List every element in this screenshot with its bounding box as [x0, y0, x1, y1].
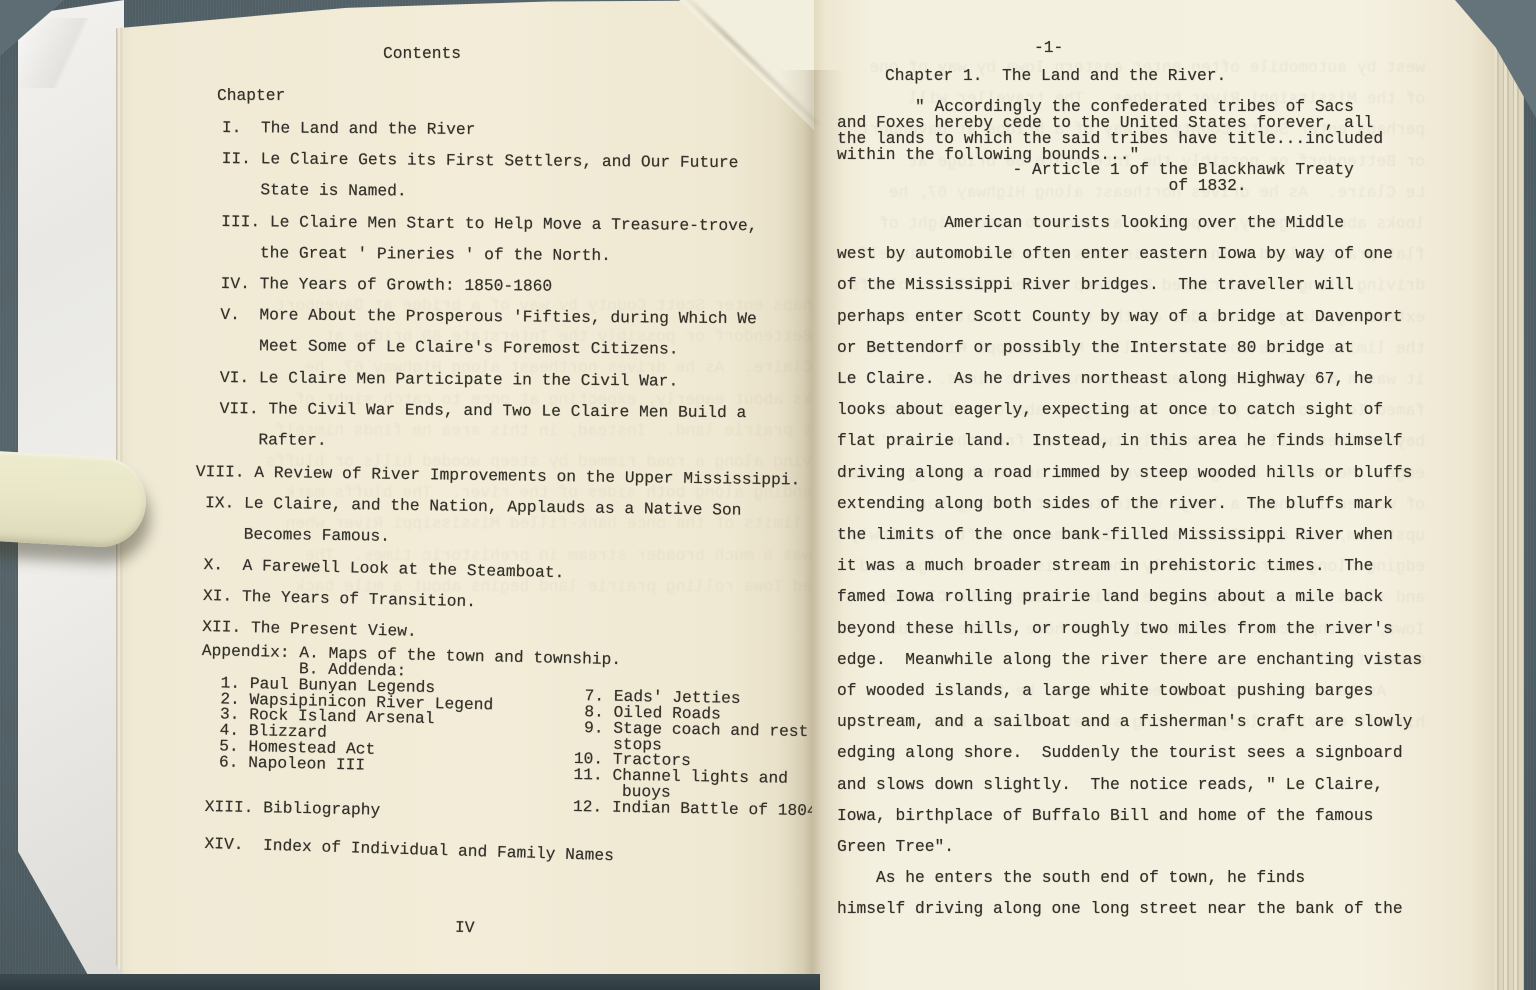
open-book-photo: perhaps enter Scott County by way of a b…: [0, 0, 1536, 990]
chapter-column-label: Chapter: [217, 80, 285, 111]
toc-chapters-8-9: VIII. A Review of River Improvements on …: [195, 456, 801, 558]
right-page-number: -1-: [1034, 32, 1063, 63]
chapter-heading: Chapter 1. The Land and the River.: [885, 60, 1226, 91]
toc-chapters-10-12: X. A Farewell Look at the Steamboat. XI.…: [202, 549, 565, 651]
page-edge-stack: [1494, 0, 1524, 990]
flyleaf-fold-crease: [18, 18, 124, 88]
chapter-body-text: American tourists looking over the Middl…: [837, 207, 1422, 925]
bibliography-entry: XIII. Bibliography: [204, 791, 380, 826]
cover-bottom-edge: [0, 974, 820, 990]
toc-chapters-1-7: I. The Land and the River II. Le Claire …: [219, 112, 758, 459]
treaty-quote: " Accordingly the confederated tribes of…: [837, 99, 1383, 194]
appendix-list-left: Appendix: A. Maps of the town and townsh…: [199, 643, 621, 779]
appendix-list-right: 7. Eads' Jetties 8. Oiled Roads 9. Stage…: [573, 688, 819, 819]
index-entry: XIV. Index of Individual and Family Name…: [204, 828, 614, 871]
right-page: west by automobile often enter eastern I…: [812, 0, 1496, 990]
left-page: perhaps enter Scott County by way of a b…: [116, 0, 814, 978]
left-page-number: IV: [455, 912, 475, 944]
contents-title: Contents: [383, 38, 461, 69]
